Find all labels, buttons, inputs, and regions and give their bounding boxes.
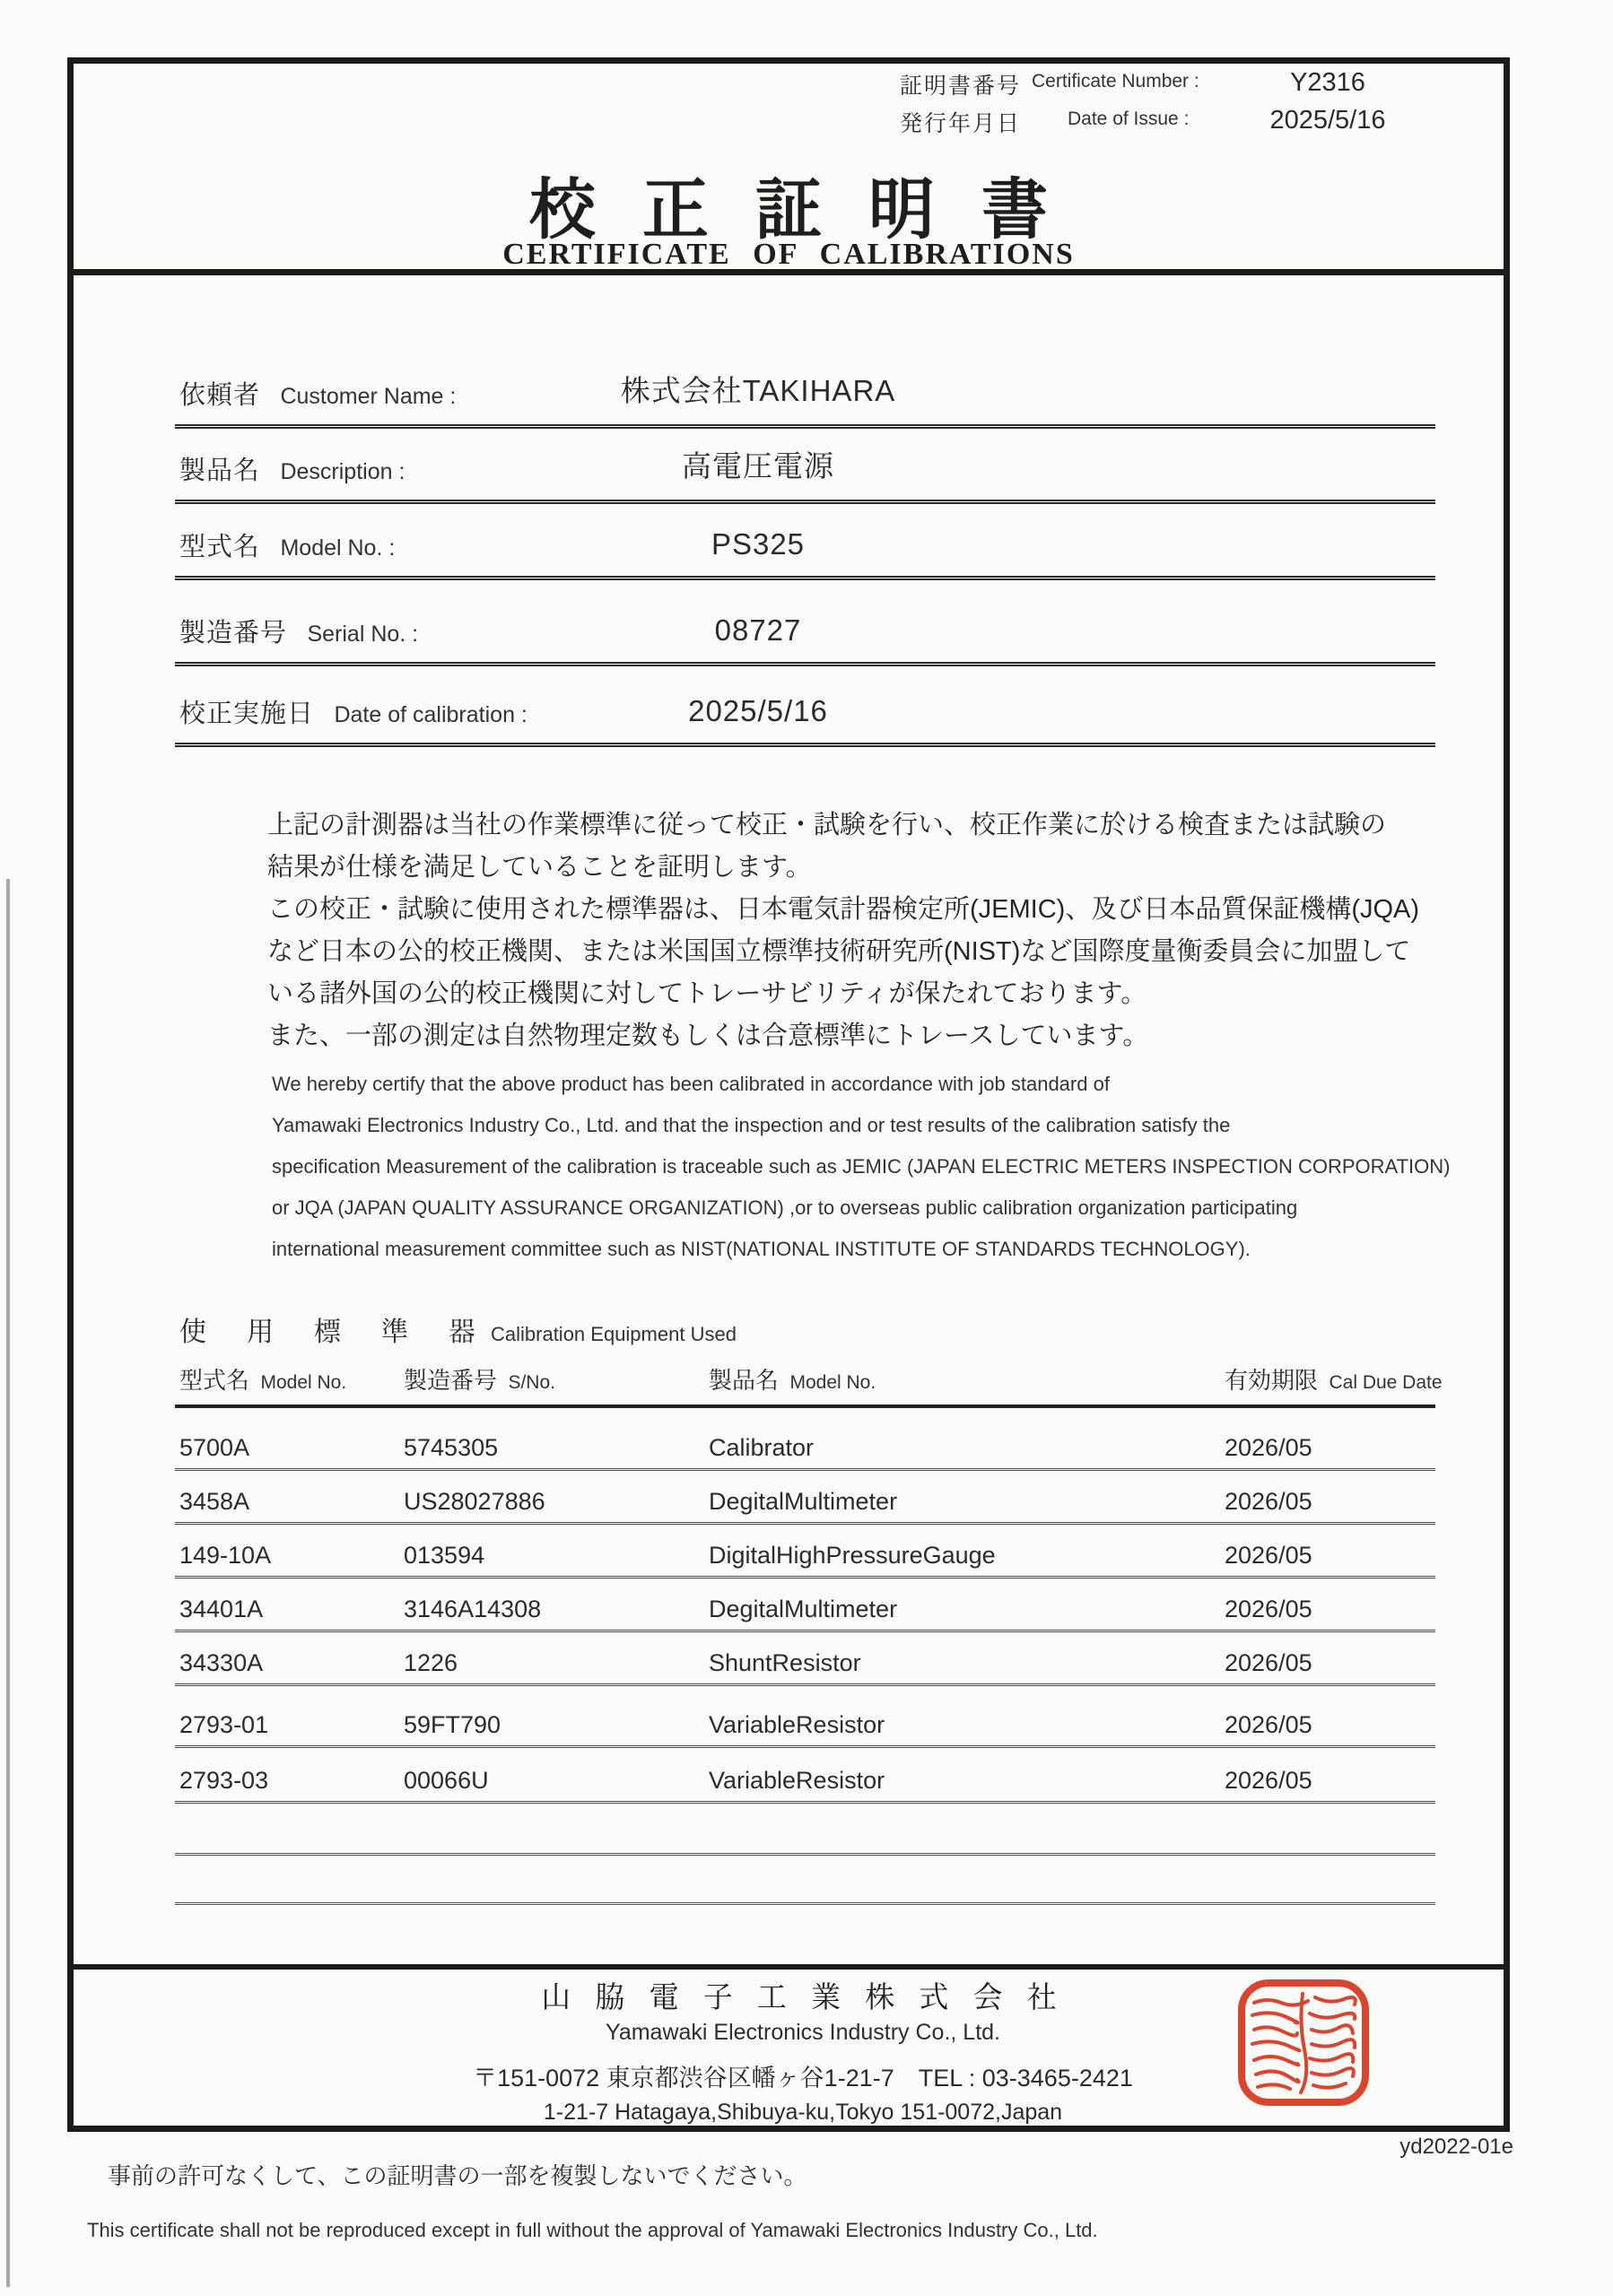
equipment-serial: 013594	[404, 1542, 484, 1570]
field-value: 2025/5/16	[179, 694, 1337, 728]
equipment-product: ShuntResistor	[709, 1649, 861, 1677]
statement-line-en: international measurement committee such…	[272, 1229, 1450, 1270]
equipment-row: 34330A 1226 ShuntResistor 2026/05	[175, 1644, 1435, 1686]
footer-divider	[67, 1964, 1510, 1970]
statement-line-jp: 上記の計測器は当社の作業標準に従って校正・試験を行い、校正作業に於ける検査または…	[267, 804, 1419, 847]
certificate-page: { "header": { "cert_no_label_jp": "証明書番号…	[0, 0, 1613, 2296]
equipment-row: 2793-01 59FT790 VariableResistor 2026/05	[175, 1706, 1435, 1748]
field-value: 08727	[179, 613, 1337, 648]
date-of-issue-label-en: Date of Issue :	[1068, 109, 1189, 130]
equipment-serial: 00066U	[404, 1767, 489, 1795]
equipment-model: 34401A	[179, 1596, 263, 1623]
statement-line-en: We hereby certify that the above product…	[272, 1064, 1450, 1105]
equipment-serial: US28027886	[404, 1488, 545, 1516]
equipment-due-date: 2026/05	[1225, 1488, 1312, 1516]
equipment-row: 2793-03 00066U VariableResistor 2026/05	[175, 1761, 1435, 1804]
document-code: yd2022-01e	[1399, 2135, 1513, 2160]
equipment-product: VariableResistor	[709, 1767, 885, 1795]
certificate-number-label-jp: 証明書番号	[900, 68, 1021, 100]
empty-table-line	[175, 1902, 1435, 1905]
info-field-row: 製造番号 Serial No. : 08727	[175, 606, 1435, 666]
equipment-product: DegitalMultimeter	[709, 1596, 897, 1623]
equipment-row: 3458A US28027886 DegitalMultimeter 2026/…	[175, 1483, 1435, 1525]
statement-line-jp: など日本の公的校正機関、または米国国立標準技術研究所(NIST)など国際度量衡委…	[267, 931, 1419, 973]
statement-line-en: Yamawaki Electronics Industry Co., Ltd. …	[272, 1105, 1450, 1146]
equipment-product: VariableResistor	[709, 1711, 885, 1739]
title-divider	[67, 269, 1510, 275]
field-value: 高電圧電源	[179, 443, 1337, 485]
statement-line-en: or JQA (JAPAN QUALITY ASSURANCE ORGANIZA…	[272, 1187, 1450, 1229]
equipment-serial: 59FT790	[404, 1711, 501, 1739]
equipment-serial: 3146A14308	[404, 1596, 541, 1623]
equipment-section-title: 使用標準器Calibration Equipment Used	[179, 1309, 737, 1349]
equipment-row: 34401A 3146A14308 DegitalMultimeter 2026…	[175, 1590, 1435, 1632]
equipment-model: 149-10A	[179, 1542, 271, 1570]
equipment-due-date: 2026/05	[1225, 1434, 1312, 1462]
info-field-row: 製品名 Description : 高電圧電源	[175, 444, 1435, 504]
date-of-issue-label-jp: 発行年月日	[900, 106, 1021, 138]
certificate-border-box: 証明書番号 Certificate Number : Y2316 発行年月日 D…	[67, 57, 1510, 2132]
company-seal-stamp-icon	[1236, 1978, 1371, 2108]
disclaimer-jp: 事前の許可なくして、この証明書の一部を複製しないでください。	[108, 2158, 806, 2191]
info-field-row: 依頼者 Customer Name : 株式会社TAKIHARA	[175, 369, 1435, 429]
equipment-product: Calibrator	[709, 1434, 814, 1462]
date-of-issue-row: 発行年月日 Date of Issue : 2025/5/16	[74, 106, 1504, 142]
equipment-row: 5700A 5745305 Calibrator 2026/05	[175, 1429, 1435, 1471]
equipment-table-header: 型式名 Model No. 製造番号 S/No. 製品名 Model No. 有…	[175, 1361, 1435, 1408]
equipment-model: 34330A	[179, 1649, 263, 1677]
equipment-model: 5700A	[179, 1434, 249, 1462]
field-value: 株式会社TAKIHARA	[179, 368, 1337, 410]
equipment-section-title-jp: 使用標準器	[179, 1318, 516, 1347]
col-serial-jp: 製造番号	[404, 1367, 497, 1394]
equipment-section-title-en: Calibration Equipment Used	[491, 1323, 737, 1345]
equipment-product: DigitalHighPressureGauge	[709, 1542, 996, 1570]
equipment-model: 2793-01	[179, 1711, 268, 1739]
col-model-jp: 型式名	[179, 1367, 249, 1394]
statement-line-en: specification Measurement of the calibra…	[272, 1146, 1450, 1187]
certificate-number-row: 証明書番号 Certificate Number : Y2316	[74, 68, 1504, 104]
certification-statement-jp: 上記の計測器は当社の作業標準に従って校正・試験を行い、校正作業に於ける検査または…	[267, 804, 1419, 1057]
equipment-row: 149-10A 013594 DigitalHighPressureGauge …	[175, 1536, 1435, 1578]
statement-line-jp: 結果が仕様を満足していることを証明します。	[267, 847, 1419, 889]
equipment-model: 3458A	[179, 1488, 249, 1516]
col-due-en: Cal Due Date	[1329, 1372, 1442, 1393]
col-product-en: Model No.	[789, 1372, 876, 1393]
certificate-number-label-en: Certificate Number :	[1032, 71, 1199, 92]
equipment-product: DegitalMultimeter	[709, 1488, 897, 1516]
certification-statement-en: We hereby certify that the above product…	[272, 1064, 1450, 1270]
date-of-issue-value: 2025/5/16	[1229, 106, 1426, 135]
certificate-number-value: Y2316	[1229, 68, 1426, 98]
statement-line-jp: また、一部の測定は自然物理定数もしくは合意標準にトレースしています。	[267, 1015, 1419, 1057]
equipment-due-date: 2026/05	[1225, 1596, 1312, 1623]
equipment-serial: 1226	[404, 1649, 458, 1677]
statement-line-jp: この校正・試験に使用された標準器は、日本電気計器検定所(JEMIC)、及び日本品…	[267, 889, 1419, 931]
empty-table-line	[175, 1853, 1435, 1856]
equipment-model: 2793-03	[179, 1767, 268, 1795]
equipment-due-date: 2026/05	[1225, 1649, 1312, 1677]
scan-edge-artifact	[6, 879, 10, 2287]
col-serial-en: S/No.	[508, 1372, 555, 1393]
info-field-row: 型式名 Model No. : PS325	[175, 520, 1435, 580]
equipment-due-date: 2026/05	[1225, 1711, 1312, 1739]
col-due-jp: 有効期限	[1225, 1367, 1318, 1394]
equipment-due-date: 2026/05	[1225, 1767, 1312, 1795]
field-value: PS325	[179, 527, 1337, 561]
document-title-en: CERTIFICATE OF CALIBRATIONS	[74, 238, 1504, 272]
statement-line-jp: いる諸外国の公的校正機関に対してトレーサビリティが保たれております。	[267, 973, 1419, 1015]
info-field-row: 校正実施日 Date of calibration : 2025/5/16	[175, 687, 1435, 747]
disclaimer-en: This certificate shall not be reproduced…	[87, 2219, 1098, 2242]
col-product-jp: 製品名	[709, 1367, 779, 1394]
equipment-due-date: 2026/05	[1225, 1542, 1312, 1570]
col-model-en: Model No.	[260, 1372, 346, 1393]
equipment-serial: 5745305	[404, 1434, 498, 1462]
